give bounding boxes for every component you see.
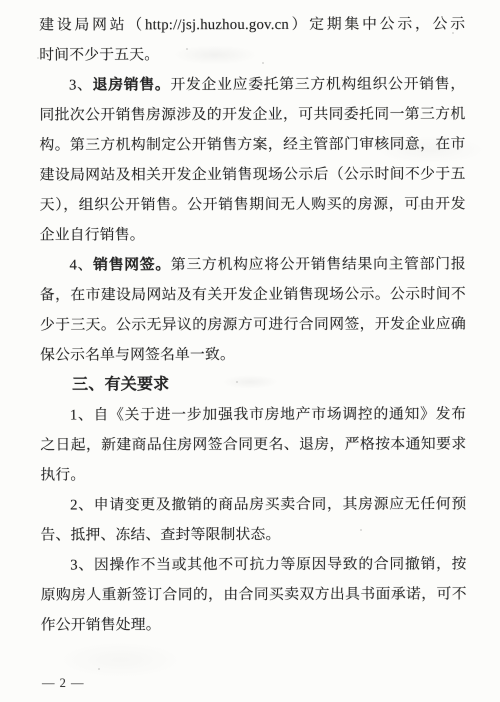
document-line: 3、退房销售。开发企业应委托第三方机构组织公开销售，: [39, 69, 465, 100]
document-body: 建设局网站（http://jsj.huzhou.gov.cn）定期集中公示，公示…: [39, 9, 467, 640]
document-line: 备，在市建设局网站及有关开发企业销售现场公示。公示时间不: [40, 279, 466, 310]
text-run: 1、自《关于进一步加强我市房地产市场调控的通知》发布: [70, 406, 466, 423]
text-run: 建设局网站及相关开发企业销售现场公示后（公示时间不少于五: [40, 166, 466, 183]
section-heading: 三、有关要求: [40, 369, 466, 400]
text-run: 之日起，新建商品住房网签合同更名、退房，严格按本通知要求: [40, 436, 466, 453]
document-line: 2、申请变更及撤销的商品房买卖合同，其房源应无任何预: [40, 489, 466, 520]
text-run: 保公示名单与网签名单一致。: [40, 347, 235, 364]
scanned-document-page: 建设局网站（http://jsj.huzhou.gov.cn）定期集中公示，公示…: [0, 0, 500, 702]
document-line: 保公示名单与网签名单一致。: [40, 339, 466, 370]
scan-speck: [98, 668, 100, 670]
text-run: 2、申请变更及撤销的商品房买卖合同，其房源应无任何预: [70, 496, 466, 513]
text-run: 备，在市建设局网站及有关开发企业销售现场公示。公示时间不: [40, 286, 466, 303]
document-line: 4、销售网签。第三方机构应将公开销售结果向主管部门报: [40, 249, 466, 280]
text-run: 少于三天。公示无异议的房源方可进行合同网签，开发企业应确: [40, 316, 466, 333]
text-run: 作公开销售处理。: [41, 617, 161, 633]
document-line: 原购房人重新签订合同的，由合同买卖双方出具书面承诺，可不: [41, 579, 467, 610]
document-line: 同批次公开销售房源涉及的开发企业，可共同委托同一第三方机: [39, 99, 465, 130]
document-line: 1、自《关于进一步加强我市房地产市场调控的通知》发布: [40, 399, 466, 430]
document-line: 建设局网站（http://jsj.huzhou.gov.cn）定期集中公示，公示: [39, 9, 465, 40]
document-line: 之日起，新建商品住房网签合同更名、退房，严格按本通知要求: [40, 429, 466, 460]
text-run: 构。第三方机构制定公开销售方案，经主管部门审核同意，在市: [40, 136, 466, 153]
text-run: 原购房人重新签订合同的，由合同买卖双方出具书面承诺，可不: [41, 586, 467, 603]
page-number: — 2 —: [42, 676, 85, 691]
text-run: 天），组织公开销售。公开销售期间无人购买的房源，可由开发: [40, 196, 466, 213]
text-run: 执行。: [40, 467, 85, 483]
document-line: 时间不少于五天。: [39, 39, 465, 70]
text-run: 3、: [69, 77, 93, 93]
document-line: 执行。: [40, 459, 466, 490]
text-run: 企业自行销售。: [40, 227, 145, 243]
text-run: 退房销售。: [93, 77, 171, 93]
text-run: 第三方机构应将公开销售结果向主管部门报: [171, 256, 466, 273]
document-line: 天），组织公开销售。公开销售期间无人购买的房源，可由开发: [40, 189, 466, 220]
document-line: 少于三天。公示无异议的房源方可进行合同网签，开发企业应确: [40, 309, 466, 340]
document-line: 告、抵押、冻结、查封等限制状态。: [41, 519, 467, 550]
document-line: 构。第三方机构制定公开销售方案，经主管部门审核同意，在市: [39, 129, 465, 160]
text-run: 建设局网站（http://jsj.huzhou.gov.cn）定期集中公示，公示: [39, 16, 465, 33]
document-line: 作公开销售处理。: [41, 609, 467, 640]
text-run: 3、因操作不当或其他不可抗力等原因导致的合同撤销，按: [70, 556, 466, 573]
text-run: 4、: [69, 257, 93, 273]
document-line: 企业自行销售。: [40, 219, 466, 250]
text-run: 销售网签。: [93, 257, 171, 273]
document-line: 建设局网站及相关开发企业销售现场公示后（公示时间不少于五: [40, 159, 466, 190]
document-line: 3、因操作不当或其他不可抗力等原因导致的合同撤销，按: [41, 549, 467, 580]
text-run: 开发企业应委托第三方机构组织公开销售，: [170, 76, 465, 93]
text-run: 告、抵押、冻结、查封等限制状态。: [41, 527, 281, 544]
text-run: 同批次公开销售房源涉及的开发企业，可共同委托同一第三方机: [39, 106, 465, 123]
text-run: 时间不少于五天。: [39, 47, 159, 63]
text-run: 三、有关要求: [72, 376, 169, 393]
